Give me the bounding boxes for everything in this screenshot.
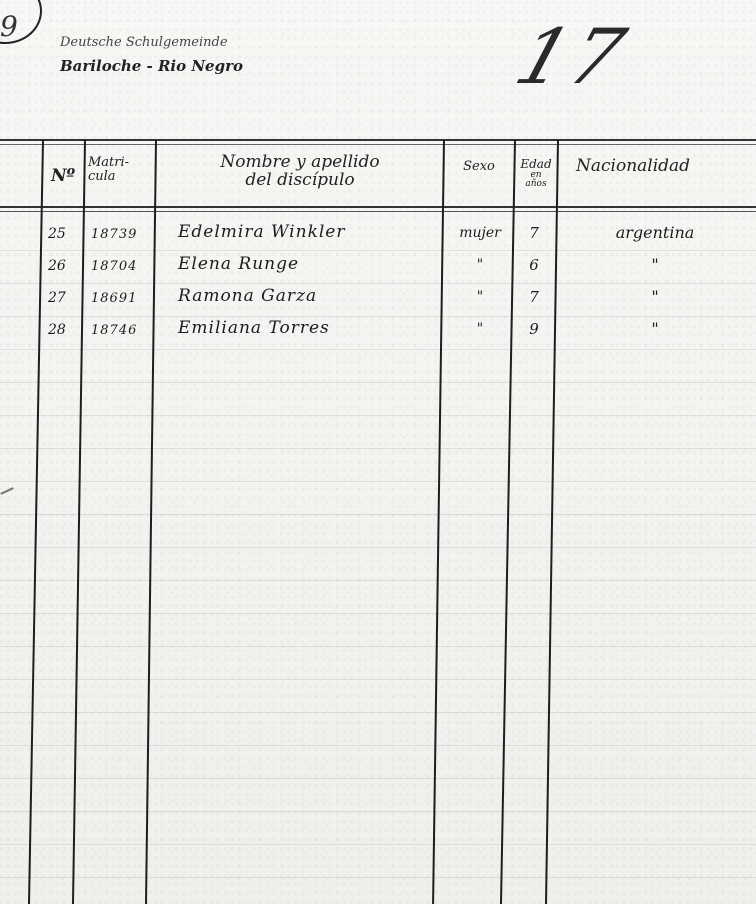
header-matricula: Matri- cula xyxy=(88,156,152,183)
row-nombre: Ramona Garza xyxy=(178,286,317,306)
row-nacionalidad: argentina xyxy=(560,223,750,242)
faint-ruled-line xyxy=(0,811,756,812)
faint-ruled-line xyxy=(0,877,756,878)
row-nacionalidad: " xyxy=(560,319,750,338)
row-number: 28 xyxy=(48,322,66,338)
table-top-rule xyxy=(0,139,756,141)
header-edad-sub: en años xyxy=(515,171,557,190)
faint-ruled-line xyxy=(0,745,756,746)
header-bottom-rule-thin xyxy=(0,211,756,212)
faint-ruled-line xyxy=(0,481,756,482)
header-bottom-rule xyxy=(0,206,756,208)
stamp-school-name: Deutsche Schulgemeinde xyxy=(60,35,228,50)
row-sexo: " xyxy=(450,321,510,337)
header-edad: Edad en años xyxy=(515,158,557,189)
row-edad: 6 xyxy=(514,256,554,274)
row-sexo: " xyxy=(450,257,510,273)
table-row: 26 18704 Elena Runge " 6 " xyxy=(0,252,756,282)
header-number: Nº xyxy=(42,168,84,186)
header-nacionalidad: Nacionalidad xyxy=(562,158,756,176)
table-row: 27 18691 Ramona Garza " 7 " xyxy=(0,284,756,314)
row-nombre: Emiliana Torres xyxy=(178,318,330,338)
faint-ruled-line xyxy=(0,679,756,680)
faint-ruled-line xyxy=(0,580,756,581)
faint-ruled-line xyxy=(0,547,756,548)
faint-ruled-line xyxy=(0,382,756,383)
faint-ruled-line xyxy=(0,778,756,779)
header-matricula-text: Matri- cula xyxy=(88,155,129,184)
row-nombre: Elena Runge xyxy=(178,254,299,274)
row-matricula: 18704 xyxy=(91,259,137,274)
row-nombre: Edelmira Winkler xyxy=(178,222,346,242)
paper-background xyxy=(0,0,756,904)
header-nombre-text: Nombre y apellido del discípulo xyxy=(220,152,379,190)
header-edad-text: Edad xyxy=(520,157,551,171)
row-edad: 9 xyxy=(514,320,554,338)
header-sexo: Sexo xyxy=(446,160,512,174)
faint-ruled-line xyxy=(0,514,756,515)
faint-ruled-line xyxy=(0,712,756,713)
row-sexo: " xyxy=(450,289,510,305)
faint-ruled-line xyxy=(0,415,756,416)
row-number: 26 xyxy=(48,258,66,274)
row-matricula: 18691 xyxy=(91,291,137,306)
row-matricula: 18739 xyxy=(91,227,137,242)
faint-ruled-line xyxy=(0,448,756,449)
faint-ruled-line xyxy=(0,646,756,647)
row-sexo: mujer xyxy=(450,225,510,241)
row-nacionalidad: " xyxy=(560,255,750,274)
row-matricula: 18746 xyxy=(91,323,137,338)
faint-ruled-line xyxy=(0,613,756,614)
corner-annotation: 9 xyxy=(0,10,18,43)
table-row: 28 18746 Emiliana Torres " 9 " xyxy=(0,316,756,346)
row-nacionalidad: " xyxy=(560,287,750,306)
row-edad: 7 xyxy=(514,224,554,242)
header-nombre: Nombre y apellido del discípulo xyxy=(160,154,440,190)
row-edad: 7 xyxy=(514,288,554,306)
faint-ruled-line xyxy=(0,844,756,845)
table-row: 25 18739 Edelmira Winkler mujer 7 argent… xyxy=(0,220,756,250)
table-top-rule-thin xyxy=(0,144,756,145)
faint-ruled-line xyxy=(0,250,756,251)
stamp-location: Bariloche - Rio Negro xyxy=(60,57,243,75)
faint-ruled-line xyxy=(0,349,756,350)
row-number: 27 xyxy=(48,290,66,306)
row-number: 25 xyxy=(48,226,66,242)
